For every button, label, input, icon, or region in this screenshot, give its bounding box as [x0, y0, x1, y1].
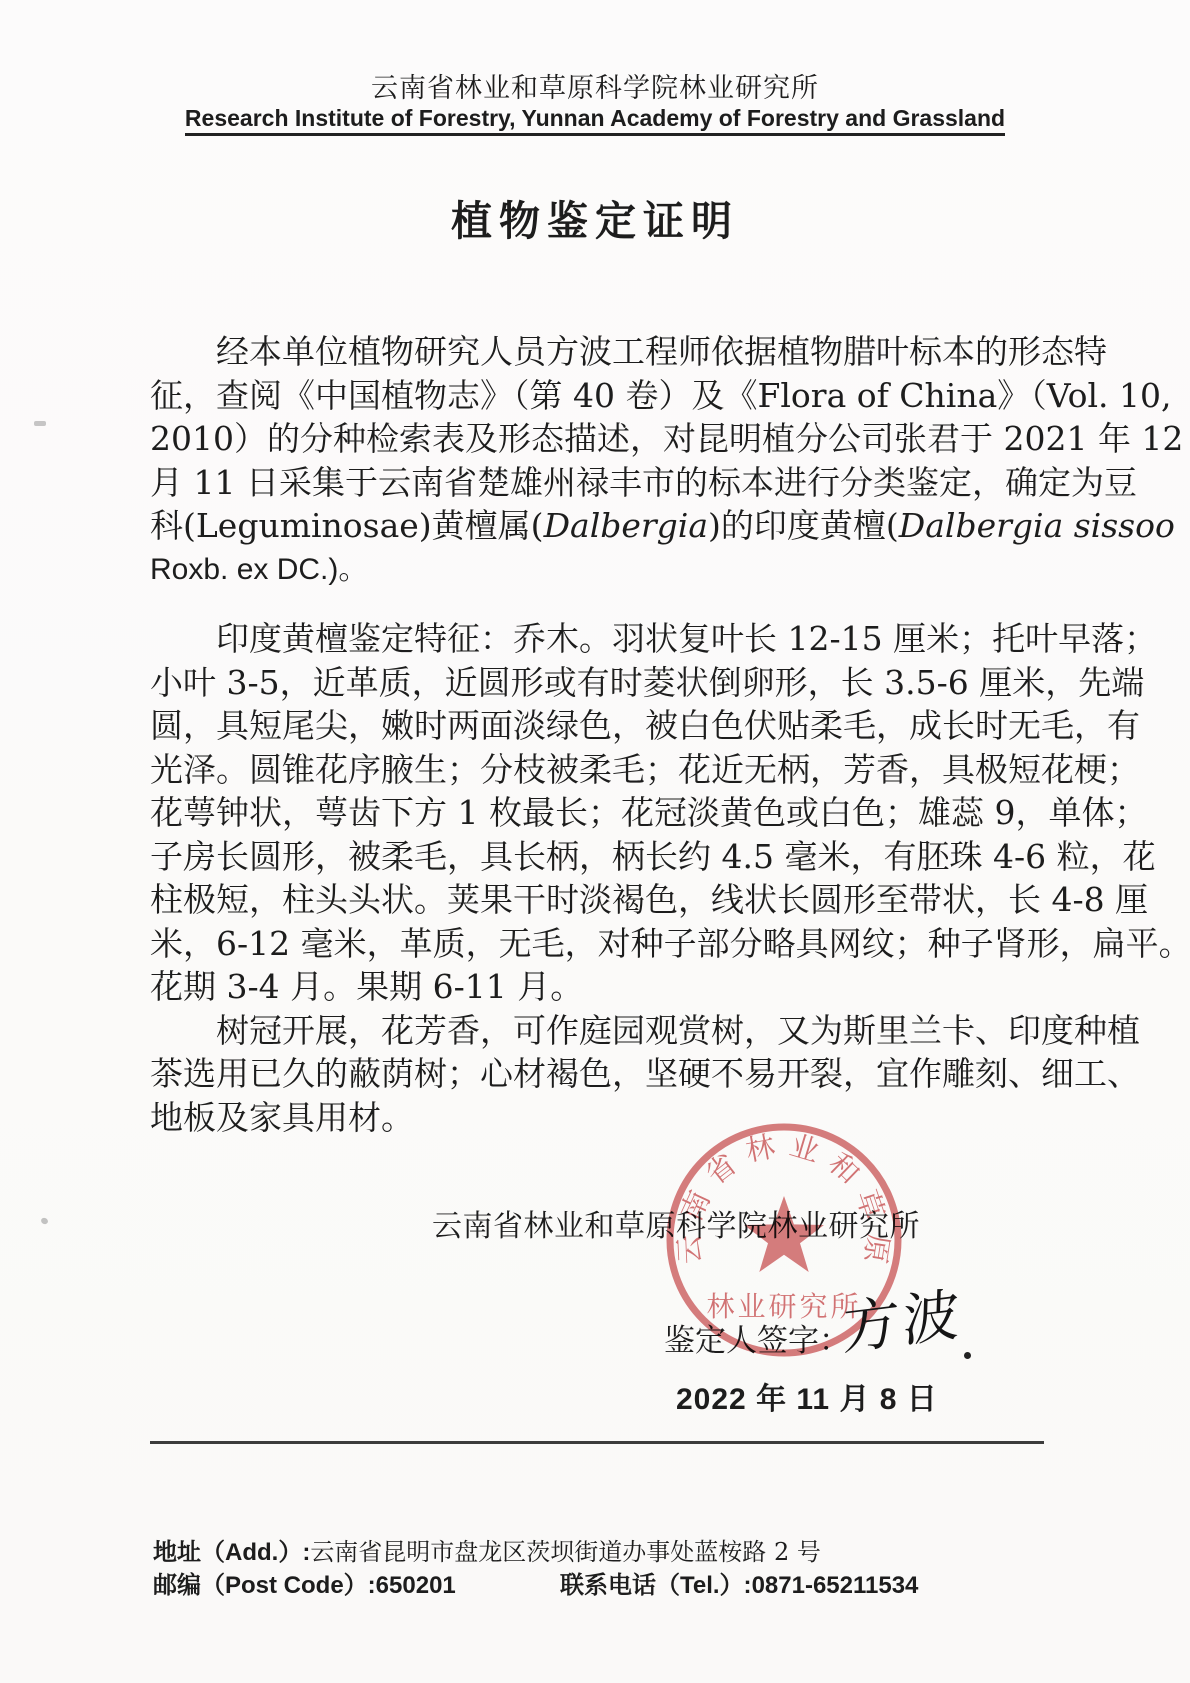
text-line: 花萼钟状，萼齿下方 1 枚最长；花冠淡黄色或白色；雄蕊 9，单体； — [150, 791, 1042, 835]
text-line: 树冠开展，花芳香，可作庭园观赏树，又为斯里兰卡、印度种植 — [150, 1009, 1042, 1053]
text-line: 米，6-12 毫米，革质，无毛，对种子部分略具网纹；种子肾形，扁平。 — [150, 922, 1042, 966]
text-line: 月 11 日采集于云南省楚雄州禄丰市的标本进行分类鉴定，确定为豆 — [150, 461, 1042, 505]
seal-star-icon — [744, 1196, 824, 1272]
text-line: 科(Leguminosae)黄檀属(Dalbergia)的印度黄檀(Dalber… — [150, 504, 1042, 548]
tel-label: 联系电话（Tel.）: — [560, 1572, 752, 1599]
header-org-en-underlined: Research Institute of Forestry, Yunnan A… — [185, 105, 1005, 136]
certificate-body: 经本单位植物研究人员方波工程师依据植物腊叶标本的形态特征，查阅《中国植物志》（第… — [150, 330, 1042, 1139]
text-line: 柱极短，柱头头状。荚果干时淡褐色，线状长圆形至带状，长 4-8 厘 — [150, 878, 1042, 922]
seal-bottom-text: 林业研究所 — [706, 1290, 861, 1323]
scan-speck — [34, 421, 46, 426]
text-line: 花期 3-4 月。果期 6-11 月。 — [150, 965, 1042, 1009]
header-org-cn: 云南省林业和草原科学院林业研究所 — [0, 66, 1190, 105]
postcode-label: 邮编（Post Code）: — [153, 1572, 376, 1599]
certificate-title: 植物鉴定证明 — [0, 188, 1190, 247]
tel-group: 联系电话（Tel.）:0871-65211534 — [560, 1565, 918, 1600]
address-label: 地址（Add.）: — [153, 1539, 310, 1566]
header-org-en: Research Institute of Forestry, Yunnan A… — [0, 105, 1190, 132]
text-line: 小叶 3-5，近革质，近圆形或有时菱状倒卵形，长 3.5-6 厘米，先端 — [150, 661, 1042, 705]
paragraph-3: 树冠开展，花芳香，可作庭园观赏树，又为斯里兰卡、印度种植茶选用已久的蔽荫树；心材… — [150, 1009, 1042, 1140]
footer-address-row: 地址（Add.）:云南省昆明市盘龙区茨坝街道办事处蓝桉路 2 号 — [153, 1532, 1053, 1567]
postcode-value: 650201 — [376, 1572, 456, 1599]
text-line: 2010）的分种检索表及形态描述，对昆明植分公司张君于 2021 年 12 — [150, 417, 1042, 461]
text-line: 印度黄檀鉴定特征：乔木。羽状复叶长 12-15 厘米；托叶早落； — [150, 617, 1042, 661]
footer-divider — [150, 1441, 1044, 1444]
document-page: 云南省林业和草原科学院林业研究所 Research Institute of F… — [0, 0, 1190, 1683]
text-line: Roxb. ex DC.)。 — [150, 548, 1042, 592]
text-line: 地板及家具用材。 — [150, 1096, 1042, 1140]
signature-ink-dot — [964, 1352, 971, 1359]
text-line: 子房长圆形，被柔毛，具长柄，柄长约 4.5 毫米，有胚珠 4-6 粒，花 — [150, 835, 1042, 879]
scan-speck — [40, 1217, 49, 1225]
paragraph-1: 经本单位植物研究人员方波工程师依据植物腊叶标本的形态特征，查阅《中国植物志》（第… — [150, 330, 1042, 591]
signature-handwriting: 方波 — [841, 1268, 965, 1366]
issue-date: 2022 年 11 月 8 日 — [676, 1374, 938, 1418]
footer-contact-row: 邮编（Post Code）:650201 联系电话（Tel.）:0871-652… — [153, 1565, 1047, 1600]
tel-value: 0871-65211534 — [752, 1572, 919, 1599]
text-line: 经本单位植物研究人员方波工程师依据植物腊叶标本的形态特 — [150, 330, 1042, 374]
text-line: 征，查阅《中国植物志》（第 40 卷）及《Flora of China》（Vol… — [150, 374, 1042, 418]
text-line: 茶选用已久的蔽荫树；心材褐色，坚硬不易开裂，宜作雕刻、细工、 — [150, 1052, 1042, 1096]
text-line: 圆，具短尾尖，嫩时两面淡绿色，被白色伏贴柔毛，成长时无毛，有 — [150, 704, 1042, 748]
paragraph-2: 印度黄檀鉴定特征：乔木。羽状复叶长 12-15 厘米；托叶早落；小叶 3-5，近… — [150, 617, 1042, 1009]
address-value: 云南省昆明市盘龙区茨坝街道办事处蓝桉路 2 号 — [310, 1538, 821, 1566]
text-line: 光泽。圆锥花序腋生；分枝被柔毛；花近无柄，芳香，具极短花梗； — [150, 748, 1042, 792]
